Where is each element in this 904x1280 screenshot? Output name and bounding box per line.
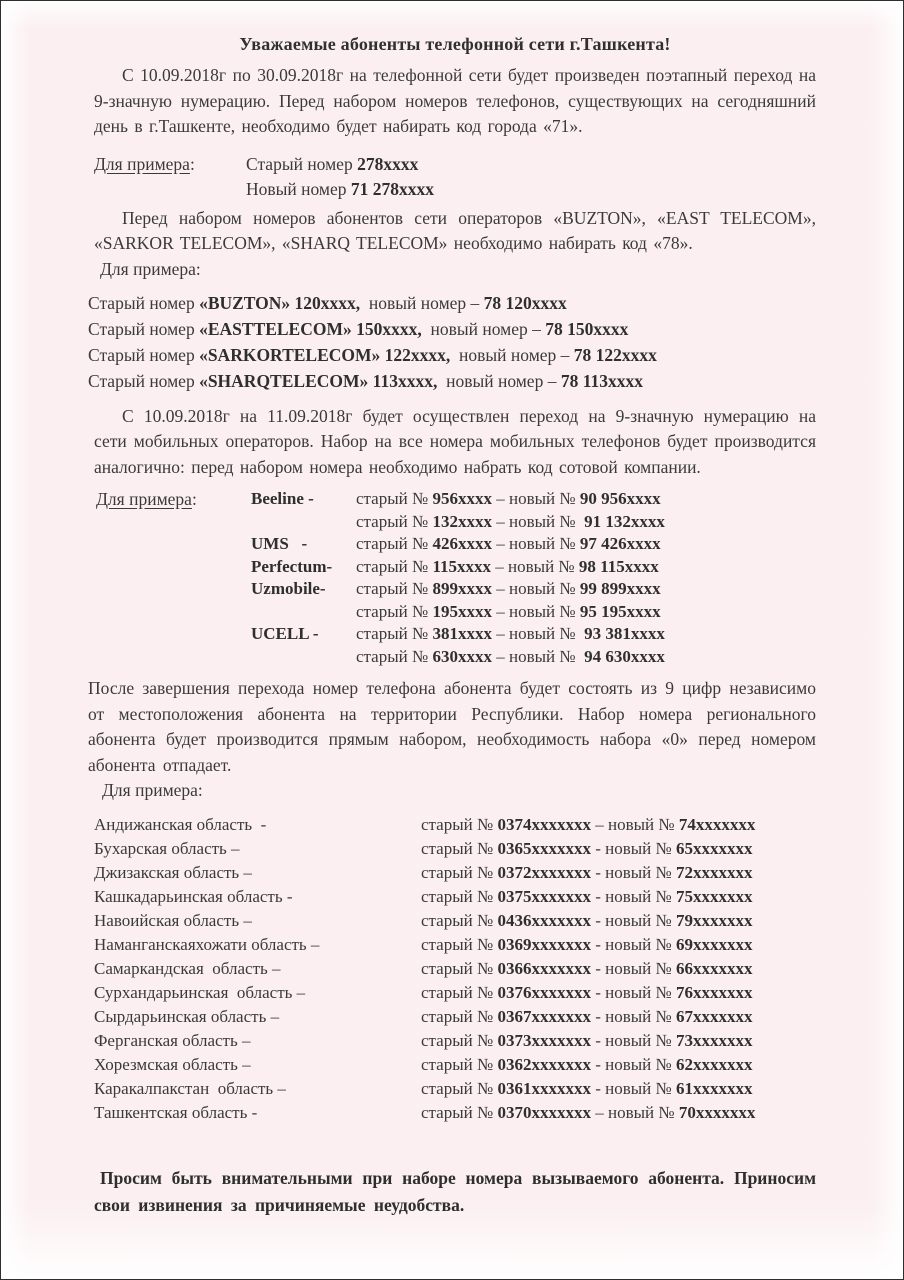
example-label-city-text: Для примера (94, 154, 190, 174)
region-old-number: 0365xxxxxxx (497, 839, 591, 858)
region-old-label: старый № (421, 1031, 497, 1050)
region-old-number: 0373xxxxxxx (497, 1031, 591, 1050)
city-example-block: Для примера: Старый номер 278xxxx Новый … (94, 152, 816, 202)
region-new-number: 62xxxxxxx (676, 1055, 753, 1074)
region-new-label: - новый № (591, 839, 676, 858)
example-label-city: Для примера: (94, 152, 195, 177)
region-old-label: старый № (421, 839, 497, 858)
old-number-label: Старый номер (246, 154, 357, 174)
mobile-examples-block: Для примера: Beeline -старый № 956xxxx –… (94, 488, 816, 668)
operator-row: Старый номер «BUZTON» 120xxxx, новый ном… (88, 290, 816, 316)
old-number-value: 278xxxx (357, 154, 418, 174)
region-old-label: старый № (421, 959, 497, 978)
region-new-number: 66xxxxxxx (676, 959, 753, 978)
mobile-new-number: 95 195xxxx (580, 602, 661, 621)
region-new-number: 61xxxxxxx (676, 1079, 753, 1098)
region-new-number: 72xxxxxxx (676, 863, 753, 882)
region-new-label: - новый № (591, 1007, 676, 1026)
mobile-old-label: старый № (356, 602, 432, 621)
new-number-value: 71 278xxxx (351, 179, 434, 199)
region-new-number: 79xxxxxxx (676, 911, 753, 930)
region-old-label: старый № (421, 1079, 497, 1098)
region-row: Ферганская область –старый № 0373xxxxxxx… (94, 1029, 816, 1053)
region-new-number: 65xxxxxxx (676, 839, 753, 858)
example-label-city-colon: : (190, 154, 195, 174)
new-number-line: Новый номер 71 278xxxx (94, 177, 816, 202)
region-new-label: - новый № (591, 935, 676, 954)
mobile-old-label: старый № (356, 512, 432, 531)
mobile-old-label: старый № (356, 579, 432, 598)
region-old-number: 0376xxxxxxx (497, 983, 591, 1002)
region-old-label: старый № (421, 983, 497, 1002)
region-name: Джизакская область – (94, 861, 421, 885)
example-label-mobile-colon: : (192, 489, 197, 509)
mobile-old-label: старый № (356, 534, 432, 553)
region-old-number: 0372xxxxxxx (497, 863, 591, 882)
mobile-new-label: – новый № (492, 579, 580, 598)
region-name: Ферганская область – (94, 1029, 421, 1053)
region-old-label: старый № (421, 815, 497, 834)
region-name: Навоийская область – (94, 909, 421, 933)
region-old-label: старый № (421, 1007, 497, 1026)
mobile-new-number: 90 956xxxx (580, 489, 661, 508)
mobile-old-label: старый № (356, 557, 432, 576)
mobile-paragraph: С 10.09.2018г на 11.09.2018г будет осуще… (94, 404, 816, 481)
mobile-row: старый № 195xxxx – новый № 95 195xxxx (94, 601, 816, 624)
operator-row: Старый номер «EASTTELECOM» 150xxxx, новы… (88, 316, 816, 342)
operator-old-number: 122xxxx, (380, 345, 450, 365)
operator-new-number: 78 122xxxx (574, 345, 657, 365)
region-row: Ташкентская область -старый № 0370xxxxxx… (94, 1101, 816, 1125)
region-name: Самаркандская область – (94, 957, 421, 981)
mobile-row: UCELL -старый № 381xxxx – новый № 93 381… (94, 623, 816, 646)
operator-new-number: 78 120xxxx (484, 293, 567, 313)
region-old-label: старый № (421, 935, 497, 954)
region-name: Каракалпакстан область – (94, 1077, 421, 1101)
region-name: Сырдарьинская область – (94, 1005, 421, 1029)
region-name: Андижанская область - (94, 813, 421, 837)
mobile-operator-name: UMS - (251, 533, 356, 556)
mobile-new-number: 91 132xxxx (580, 512, 665, 531)
mobile-new-number: 98 115xxxx (579, 557, 659, 576)
mobile-new-label: – новый № (492, 624, 580, 643)
region-old-label: старый № (421, 1103, 497, 1122)
region-old-number: 0370xxxxxxx (497, 1103, 591, 1122)
new-number-label: Новый номер (246, 179, 351, 199)
region-name: Наманганскаяхожати область – (94, 933, 421, 957)
operator-name: «SARKORTELECOM» (199, 345, 380, 365)
mobile-operator-name: UCELL - (251, 623, 356, 646)
operators-paragraph: Перед набором номеров абонентов сети опе… (94, 206, 816, 257)
region-old-number: 0374xxxxxxx (497, 815, 591, 834)
mobile-new-number: 97 426xxxx (580, 534, 661, 553)
mobile-old-number: 115xxxx (432, 557, 491, 576)
region-row: Сырдарьинская область –старый № 0367xxxx… (94, 1005, 816, 1029)
scanned-notice-page: Уважаемые абоненты телефонной сети г.Таш… (0, 0, 904, 1280)
mobile-new-label: – новый № (492, 534, 580, 553)
region-row: Джизакская область –старый № 0372xxxxxxx… (94, 861, 816, 885)
operator-old-label: Старый номер (88, 319, 199, 339)
mobile-row: старый № 630xxxx – новый № 94 630xxxx (94, 646, 816, 669)
region-row: Навоийская область –старый № 0436xxxxxxx… (94, 909, 816, 933)
region-new-number: 73xxxxxxx (676, 1031, 753, 1050)
region-new-label: – новый № (591, 1103, 679, 1122)
operator-new-number: 78 150xxxx (545, 319, 628, 339)
region-new-number: 69xxxxxxx (676, 935, 753, 954)
regions-paragraph: После завершения перехода номер телефона… (88, 676, 816, 778)
region-row: Андижанская область -старый № 0374xxxxxx… (94, 813, 816, 837)
regions-block: Андижанская область -старый № 0374xxxxxx… (94, 813, 816, 1125)
region-new-number: 76xxxxxxx (676, 983, 753, 1002)
region-row: Сурхандарьинская область –старый № 0376x… (94, 981, 816, 1005)
region-name: Бухарская область – (94, 837, 421, 861)
region-new-label: - новый № (591, 1055, 676, 1074)
mobile-new-label: – новый № (492, 602, 580, 621)
operator-old-label: Старый номер (88, 293, 199, 313)
example-label-regions: Для примера: (94, 778, 816, 803)
mobile-old-number: 381xxxx (432, 624, 492, 643)
operator-row: Старый номер «SARKORTELECOM» 122xxxx, но… (88, 342, 816, 368)
mobile-row: Beeline -старый № 956xxxx – новый № 90 9… (94, 488, 816, 511)
operator-new-number: 78 113xxxx (561, 371, 643, 391)
operator-old-label: Старый номер (88, 371, 199, 391)
footer-note: Просим быть внимательными при наборе ном… (94, 1165, 816, 1219)
page-content: Уважаемые абоненты телефонной сети г.Таш… (94, 31, 816, 1219)
operator-new-label: новый номер – (437, 371, 561, 391)
example-label-operators: Для примера: (94, 257, 816, 282)
region-row: Самаркандская область –старый № 0366xxxx… (94, 957, 816, 981)
region-new-label: - новый № (591, 983, 676, 1002)
operator-name: «SHARQTELECOM» (199, 371, 368, 391)
mobile-new-label: – новый № (492, 647, 580, 666)
operator-new-label: новый номер – (422, 319, 546, 339)
region-new-number: 75xxxxxxx (676, 887, 753, 906)
region-old-number: 0375xxxxxxx (497, 887, 591, 906)
example-label-mobile: Для примера: (96, 488, 197, 511)
mobile-row: Uzmobile-старый № 899xxxx – новый № 99 8… (94, 578, 816, 601)
region-new-label: - новый № (591, 1079, 676, 1098)
region-new-label: – новый № (591, 815, 679, 834)
mobile-old-label: старый № (356, 647, 432, 666)
mobile-old-number: 132xxxx (432, 512, 492, 531)
operator-name: «EASTTELECOM» (199, 319, 352, 339)
region-new-label: - новый № (591, 887, 676, 906)
mobile-operator-name: Beeline - (251, 488, 356, 511)
mobile-old-label: старый № (356, 624, 432, 643)
operator-examples-block: Старый номер «BUZTON» 120xxxx, новый ном… (88, 290, 816, 394)
intro-paragraph: С 10.09.2018г по 30.09.2018г на телефонн… (94, 63, 816, 140)
region-old-label: старый № (421, 863, 497, 882)
region-row: Хорезмская область –старый № 0362xxxxxxx… (94, 1053, 816, 1077)
mobile-row: старый № 132xxxx – новый № 91 132xxxx (94, 511, 816, 534)
mobile-old-number: 426xxxx (432, 534, 492, 553)
region-row: Наманганскаяхожати область –старый № 036… (94, 933, 816, 957)
region-name: Ташкентская область - (94, 1101, 421, 1125)
mobile-old-number: 956xxxx (432, 489, 492, 508)
region-old-number: 0366xxxxxxx (497, 959, 591, 978)
page-title: Уважаемые абоненты телефонной сети г.Таш… (94, 31, 816, 57)
region-new-label: - новый № (591, 911, 676, 930)
operator-old-number: 113xxxx, (368, 371, 437, 391)
mobile-new-number: 93 381xxxx (580, 624, 665, 643)
operator-old-number: 150xxxx, (352, 319, 422, 339)
region-new-number: 74xxxxxxx (679, 815, 756, 834)
mobile-old-number: 630xxxx (432, 647, 492, 666)
mobile-new-label: – новый № (492, 512, 580, 531)
mobile-row: UMS -старый № 426xxxx – новый № 97 426xx… (94, 533, 816, 556)
operator-name: «BUZTON» (199, 293, 290, 313)
mobile-new-number: 99 899xxxx (580, 579, 661, 598)
region-old-label: старый № (421, 887, 497, 906)
old-number-line: Старый номер 278xxxx (94, 152, 816, 177)
region-old-number: 0361xxxxxxx (497, 1079, 591, 1098)
region-row: Кашкадарьинская область -старый № 0375xx… (94, 885, 816, 909)
mobile-old-number: 899xxxx (432, 579, 492, 598)
region-row: Бухарская область –старый № 0365xxxxxxx … (94, 837, 816, 861)
mobile-new-number: 94 630xxxx (580, 647, 665, 666)
operator-old-label: Старый номер (88, 345, 199, 365)
example-label-mobile-text: Для примера (96, 489, 192, 509)
region-row: Каракалпакстан область –старый № 0361xxx… (94, 1077, 816, 1101)
region-old-number: 0362xxxxxxx (497, 1055, 591, 1074)
operator-row: Старый номер «SHARQTELECOM» 113xxxx, нов… (88, 368, 816, 394)
mobile-operator-name: Perfectum- (251, 556, 356, 579)
region-name: Хорезмская область – (94, 1053, 421, 1077)
operator-new-label: новый номер – (360, 293, 484, 313)
mobile-old-number: 195xxxx (432, 602, 492, 621)
mobile-operator-name: Uzmobile- (251, 578, 356, 601)
region-name: Сурхандарьинская область – (94, 981, 421, 1005)
region-old-label: старый № (421, 1055, 497, 1074)
mobile-row: Perfectum-старый № 115xxxx – новый № 98 … (94, 556, 816, 579)
region-new-label: - новый № (591, 1031, 676, 1050)
region-new-number: 70xxxxxxx (679, 1103, 756, 1122)
region-old-label: старый № (421, 911, 497, 930)
region-new-label: - новый № (591, 863, 676, 882)
region-name: Кашкадарьинская область - (94, 885, 421, 909)
mobile-new-label: – новый № (492, 489, 580, 508)
region-old-number: 0367xxxxxxx (497, 1007, 591, 1026)
mobile-new-label: – новый № (491, 557, 579, 576)
region-old-number: 0436xxxxxxx (497, 911, 591, 930)
operator-new-label: новый номер – (450, 345, 574, 365)
mobile-old-label: старый № (356, 489, 432, 508)
operator-old-number: 120xxxx, (290, 293, 360, 313)
region-old-number: 0369xxxxxxx (497, 935, 591, 954)
region-new-label: - новый № (591, 959, 676, 978)
region-new-number: 67xxxxxxx (676, 1007, 753, 1026)
